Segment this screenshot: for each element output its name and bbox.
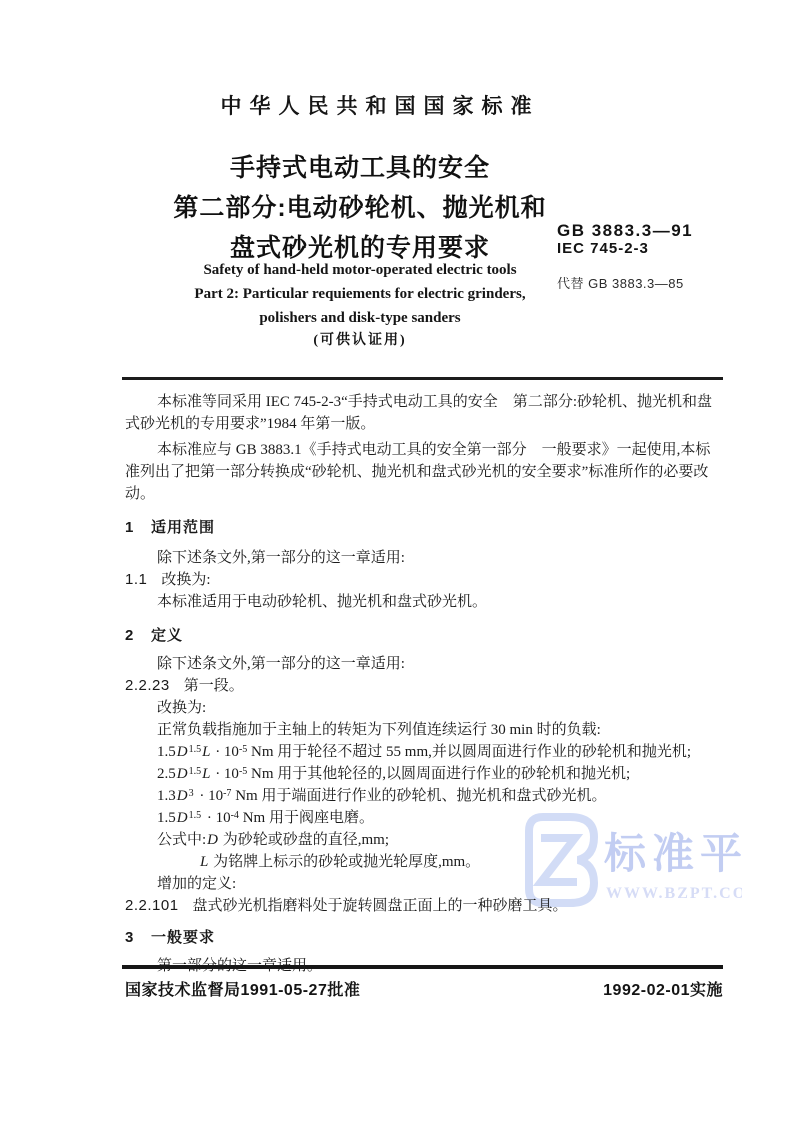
standard-title-en-line1: Safety of hand-held motor-operated elect… [110,258,610,282]
approval-note: 国家技术监督局1991-05-27批准 [125,977,360,1000]
formula-line: 2.5D1.5L · 10-5 Nm 用于其他轮径的,以圆周面进行作业的砂轮机和… [125,763,725,785]
formula-legend-l: L 为铭牌上标示的砂轮或抛光轮厚度,mm。 [125,851,725,873]
formula-unit: Nm [239,810,269,826]
standard-title-zh: 手持式电动工具的安全 第二部分:电动砂轮机、抛光机和 盘式砂光机的专用要求 [110,148,610,268]
formula-variable: D [176,744,189,760]
formula-multiplier: · 10 [211,766,239,782]
section-3-text: 第一部分的这一章适用。 [125,955,725,977]
clause-1-1: 1.1改换为: [125,569,725,591]
added-definitions-label: 增加的定义: [125,873,725,895]
formula-coefficient: 1.5 [157,744,176,760]
formula-description: 用于端面进行作业的砂轮机、抛光机和盘式砂光机。 [261,788,606,804]
formula-description: 用于轮径不超过 55 mm,并以圆周面进行作业的砂轮机和抛光机; [277,744,691,760]
implementation-note: 1992-02-01实施 [603,977,723,1000]
formula-line: 1.3D3 · 10-7 Nm 用于端面进行作业的砂轮机、抛光机和盘式砂光机。 [125,785,725,807]
formula-unit: Nm [247,744,277,760]
formula-exponent: 1.5 [189,810,202,821]
clause-number: 2.2.101 [125,895,179,917]
section-3-heading: 3一般要求 [125,927,725,949]
formula-legend-d: 公式中:D 为砂轮或砂盘的直径,mm; [125,829,725,851]
formula-variable: L [201,766,211,782]
section-number: 3 [125,927,139,949]
formula-description: 用于其他轮径的,以圆周面进行作业的砂轮机和抛光机; [277,766,630,782]
formula-unit: Nm [231,788,261,804]
standard-title-en-line2: Part 2: Particular requiements for elect… [110,282,610,306]
formula-variable: L [201,744,211,760]
section-title: 定义 [151,627,183,644]
legend-variable: D [206,832,219,848]
clause-number: 2.2.23 [125,675,170,697]
formula-exponent: 1.5 [189,766,202,777]
legend-text: 为砂轮或砂盘的直径,mm; [219,832,389,848]
legend-variable: L [199,854,209,870]
section-1-intro: 除下述条文外,第一部分的这一章适用: [125,547,725,569]
formula-multiplier: · 10 [203,810,231,826]
formula-exponent: -4 [231,810,239,821]
certification-note: (可供认证用) [110,329,610,349]
clause-label: 第一段。 [184,678,244,694]
standard-document-page: 中华人民共和国国家标准 手持式电动工具的安全 第二部分:电动砂轮机、抛光机和 盘… [0,0,800,1132]
section-title: 适用范围 [151,519,215,536]
formula-variable: D [176,788,189,804]
national-standard-label: 中华人民共和国国家标准 [130,90,630,120]
formula-variable: D [176,810,189,826]
section-2-heading: 2定义 [125,625,725,647]
formula-unit: Nm [247,766,277,782]
clause-text: 盘式砂光机指磨料处于旋转圆盘正面上的一种砂磨工具。 [193,898,568,914]
document-body: 本标准等同采用 IEC 745-2-3“手持式电动工具的安全 第二部分:砂轮机、… [125,391,725,977]
section-number: 2 [125,625,139,647]
section-1-heading: 1适用范围 [125,517,725,539]
section-2-intro: 除下述条文外,第一部分的这一章适用: [125,653,725,675]
standard-code-iec: IEC 745-2-3 [557,240,737,258]
formula-multiplier: · 10 [211,744,239,760]
formula-exponent: 3 [189,788,194,799]
clause-2-2-101: 2.2.101盘式砂光机指磨料处于旋转圆盘正面上的一种砂磨工具。 [125,895,725,917]
standard-title-en: Safety of hand-held motor-operated elect… [110,258,610,330]
clause-2-2-23: 2.2.23第一段。 [125,675,725,697]
clause-1-1-text: 本标准适用于电动砂轮机、抛光机和盘式砂光机。 [125,591,725,613]
normal-load-definition: 正常负载指施加于主轴上的转矩为下列值连续运行 30 min 时的负载: [125,719,725,741]
standard-title-zh-line1: 手持式电动工具的安全 [110,148,610,188]
intro-paragraph-2: 本标准应与 GB 3883.1《手持式电动工具的安全第一部分 一般要求》一起使用… [125,439,725,505]
section-number: 1 [125,517,139,539]
legend-prefix: 公式中: [157,832,206,848]
legend-text: 为铭牌上标示的砂轮或抛光轮厚度,mm。 [209,854,480,870]
clause-2-2-23-change-label: 改换为: [125,697,725,719]
intro-paragraph-1: 本标准等同采用 IEC 745-2-3“手持式电动工具的安全 第二部分:砂轮机、… [125,391,725,435]
standard-title-en-line3: polishers and disk-type sanders [110,306,610,330]
formula-line: 1.5D1.5 · 10-4 Nm 用于阀座电磨。 [125,807,725,829]
clause-label: 改换为: [161,572,210,588]
formula-line: 1.5D1.5L · 10-5 Nm 用于轮径不超过 55 mm,并以圆周面进行… [125,741,725,763]
formula-coefficient: 1.5 [157,810,176,826]
header-divider [122,377,723,380]
formula-coefficient: 1.3 [157,788,176,804]
standard-title-zh-line2: 第二部分:电动砂轮机、抛光机和 [110,188,610,228]
clause-number: 1.1 [125,569,147,591]
standard-code-gb: GB 3883.3—91 [557,221,737,240]
formula-description: 用于阀座电磨。 [269,810,374,826]
section-title: 一般要求 [151,929,215,946]
formula-multiplier: · 10 [196,788,224,804]
formula-exponent: 1.5 [189,744,202,755]
footer: 国家技术监督局1991-05-27批准 1992-02-01实施 [125,977,723,1000]
formula-coefficient: 2.5 [157,766,176,782]
formula-variable: D [176,766,189,782]
